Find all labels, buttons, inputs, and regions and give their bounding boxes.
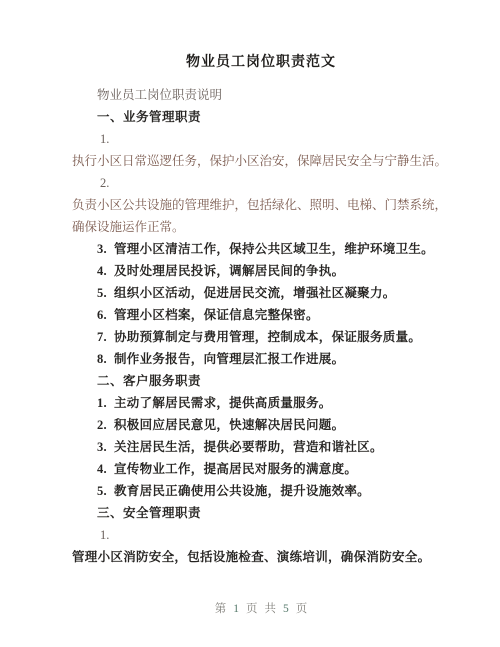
current-page-number: 1 [233, 598, 239, 620]
list-item-text: 教育居民正确使用公共设施，提升设施效率。 [114, 484, 370, 498]
list-item: 8.制作业务报告，向管理层汇报工作进展。 [97, 348, 450, 370]
footer-label: 共 [265, 598, 277, 620]
footer-label: 第 [215, 598, 227, 620]
list-marker: 4. [97, 264, 107, 278]
footer-label: 页 [296, 598, 308, 620]
document-subtitle: 物业员工岗位职责说明 [97, 84, 450, 106]
list-item: 2.积极回应居民意见，快速解决居民问题。 [97, 414, 450, 436]
total-page-number: 5 [283, 598, 289, 620]
list-marker: 1. [97, 396, 107, 410]
list-item: 1.主动了解居民需求，提供高质量服务。 [97, 392, 450, 414]
list-marker: 5. [97, 484, 107, 498]
list-item: 4.宣传物业工作，提高居民对服务的满意度。 [97, 458, 450, 480]
list-marker: 3. [97, 440, 107, 454]
list-item-text: 管理小区消防安全，包括设施检查、演练培训，确保消防安全。 [72, 546, 450, 568]
list-marker: 1. [100, 128, 450, 150]
list-item: 3.管理小区清洁工作，保持公共区域卫生，维护环境卫生。 [97, 238, 450, 260]
list-item-text: 组织小区活动，促进居民交流，增强社区凝聚力。 [114, 286, 396, 300]
list-marker: 1. [100, 524, 450, 546]
list-marker: 6. [97, 308, 107, 322]
list-item-text: 执行小区日常巡逻任务，保护小区治安，保障居民安全与宁静生活。 [72, 150, 450, 172]
list-item-text: 关注居民生活，提供必要帮助，营造和谐社区。 [114, 440, 383, 454]
list-marker: 2. [97, 418, 107, 432]
footer-label: 页 [246, 598, 258, 620]
section-heading-business: 一、业务管理职责 [97, 106, 450, 128]
list-item-text: 协助预算制定与费用管理，控制成本，保证服务质量。 [114, 330, 421, 344]
list-item: 7.协助预算制定与费用管理，控制成本，保证服务质量。 [97, 326, 450, 348]
page-footer: 第 1 页 共 5 页 [72, 598, 450, 620]
list-item-text: 宣传物业工作，提高居民对服务的满意度。 [114, 462, 357, 476]
list-marker: 7. [97, 330, 107, 344]
document-page: 物业员工岗位职责范文 物业员工岗位职责说明 一、业务管理职责 1. 执行小区日常… [0, 0, 500, 647]
list-marker: 5. [97, 286, 107, 300]
list-marker: 8. [97, 352, 107, 366]
list-item: 3.关注居民生活，提供必要帮助，营造和谐社区。 [97, 436, 450, 458]
list-item-text: 积极回应居民意见，快速解决居民问题。 [114, 418, 344, 432]
section-heading-customer-service: 二、客户服务职责 [97, 370, 450, 392]
list-marker: 4. [97, 462, 107, 476]
list-item-text: 制作业务报告，向管理层汇报工作进展。 [114, 352, 344, 366]
section-heading-safety: 三、安全管理职责 [97, 502, 450, 524]
list-marker: 2. [100, 172, 450, 194]
list-item-text: 主动了解居民需求，提供高质量服务。 [114, 396, 332, 410]
list-item-text: 负责小区公共设施的管理维护，包括绿化、照明、电梯、门禁系统，确保设施运作正常。 [72, 194, 450, 238]
document-title: 物业员工岗位职责范文 [72, 52, 450, 74]
list-item: 6.管理小区档案，保证信息完整保密。 [97, 304, 450, 326]
list-item: 5.教育居民正确使用公共设施，提升设施效率。 [97, 480, 450, 502]
list-item-text: 管理小区档案，保证信息完整保密。 [114, 308, 319, 322]
list-item: 5.组织小区活动，促进居民交流，增强社区凝聚力。 [97, 282, 450, 304]
list-item: 4.及时处理居民投诉，调解居民间的争执。 [97, 260, 450, 282]
list-marker: 3. [97, 242, 107, 256]
list-item-text: 及时处理居民投诉，调解居民间的争执。 [114, 264, 344, 278]
list-item-text: 管理小区清洁工作，保持公共区域卫生，维护环境卫生。 [114, 242, 434, 256]
